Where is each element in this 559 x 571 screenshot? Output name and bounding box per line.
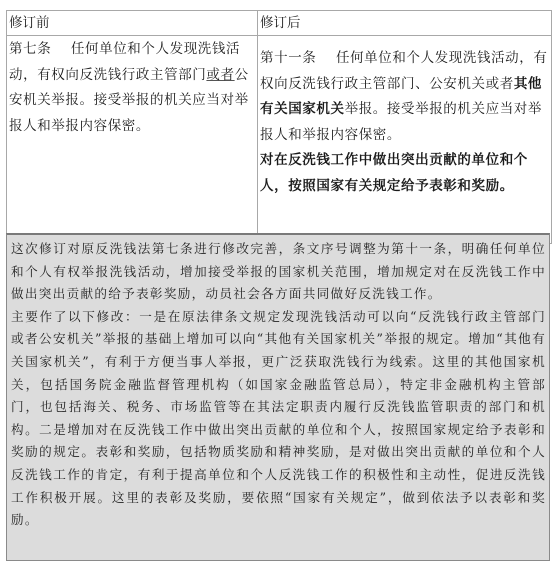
explanation-box: 这次修订对原反洗钱法第七条进行修改完善，条文序号调整为第十一条，明确任何单位和个… [6,233,550,561]
explanation-paragraph-1: 这次修订对原反洗钱法第七条进行修改完善，条文序号调整为第十一条，明确任何单位和个… [11,238,546,306]
after-article-text: 第十一条 任何单位和个人发现洗钱活动，有权向反洗钱行政主管部门、公安机关或者其他… [260,46,549,148]
header-before: 修订前 [7,11,258,36]
after-article-number: 第十一条 [260,50,316,66]
before-article-text: 第七条 任何单位和个人发现洗钱活动，有权向反洗钱行政主管部门或者公安机关举报。接… [9,37,255,139]
after-added-paragraph: 对在反洗钱工作中做出突出贡献的单位和个人，按照国家有关规定给予表彰和奖励。 [260,148,549,199]
table-header-row: 修订前 修订后 [7,11,552,36]
after-article-cell: 第十一条 任何单位和个人发现洗钱活动，有权向反洗钱行政主管部门、公安机关或者其他… [258,36,552,244]
table-body-row: 第七条 任何单位和个人发现洗钱活动，有权向反洗钱行政主管部门或者公安机关举报。接… [7,36,552,244]
before-underlined-text: 或者 [206,67,234,83]
revision-comparison-table: 修订前 修订后 第七条 任何单位和个人发现洗钱活动，有权向反洗钱行政主管部门或者… [6,10,552,244]
header-after: 修订后 [258,11,552,36]
before-article-cell: 第七条 任何单位和个人发现洗钱活动，有权向反洗钱行政主管部门或者公安机关举报。接… [7,36,258,244]
explanation-paragraph-2: 主要作了以下修改：一是在原法律条文规定发现洗钱活动可以向“反洗钱行政主管部门或者… [11,306,546,532]
before-article-number: 第七条 [9,41,51,57]
